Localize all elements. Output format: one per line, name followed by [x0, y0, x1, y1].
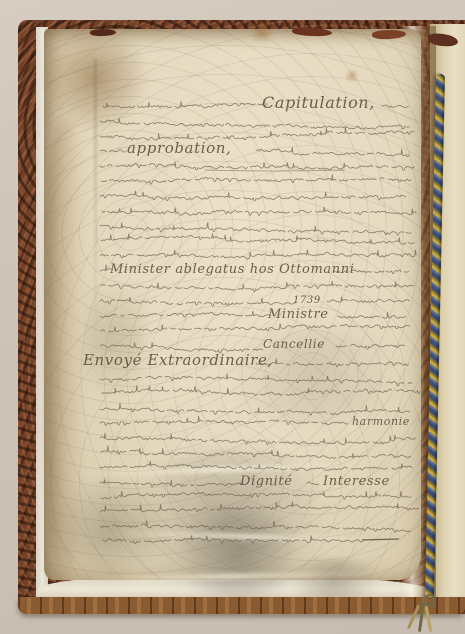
handwriting-layer: Capitulation,approbation,Minister ablega… — [0, 0, 465, 634]
handwritten-script-line — [100, 161, 414, 170]
legible-word-cancellie: Cancellie — [263, 337, 325, 351]
handwritten-script-line — [100, 433, 415, 444]
handwritten-script-line — [100, 480, 243, 487]
handwritten-script-line — [100, 403, 409, 415]
handwritten-script-line — [101, 323, 410, 331]
handwritten-script-line — [382, 105, 411, 107]
handwritten-script-line — [336, 344, 407, 349]
handwritten-script-line — [101, 233, 418, 244]
handwritten-script-line — [100, 416, 352, 426]
handwritten-script-line — [100, 222, 411, 235]
handwritten-script-line — [100, 311, 271, 317]
handwritten-script-line — [101, 446, 411, 459]
handwritten-script-line — [256, 147, 409, 156]
legible-word-year: 1739 — [293, 295, 321, 306]
handwritten-script-line — [327, 297, 409, 303]
handwritten-script-line — [338, 312, 406, 318]
handwritten-script-line — [100, 521, 414, 533]
handwritten-script-line — [101, 175, 411, 185]
legible-word-approbation: approbation, — [127, 139, 231, 157]
handwritten-script-line — [102, 385, 420, 395]
handwritten-script-line — [256, 358, 408, 366]
legible-word-dignite: Dignité — [239, 474, 293, 489]
legible-word-minister_phrase: Minister ablegatus hos Ottomanni — [109, 262, 354, 277]
legible-word-harmonie: harmonie — [352, 415, 410, 428]
handwritten-script-line — [102, 207, 416, 216]
handwritten-script-line — [100, 374, 412, 386]
legible-word-ministre: Ministre — [267, 307, 329, 322]
handwritten-script-line — [103, 101, 267, 108]
legible-word-interesse: Interesse — [322, 474, 390, 489]
legible-word-envoye: Envoyé Extraordinaire, — [82, 351, 273, 369]
handwritten-script-line — [100, 297, 298, 306]
handwritten-script-line — [100, 191, 410, 201]
handwritten-script-line — [103, 535, 363, 543]
handwritten-script-line — [100, 502, 419, 512]
closing-dash — [362, 539, 399, 540]
handwritten-script-line — [100, 461, 412, 471]
underline-stroke — [205, 170, 345, 171]
handwritten-script-line — [101, 281, 414, 292]
handwritten-script-line — [100, 118, 412, 129]
handwritten-script-line — [101, 491, 411, 499]
handwritten-script-line — [307, 482, 321, 485]
handwritten-script-line — [100, 150, 129, 153]
legible-word-capitulation: Capitulation, — [262, 93, 375, 112]
handwritten-script-line — [100, 250, 416, 260]
scanned-manuscript-photo: Capitulation,approbation,Minister ablega… — [0, 0, 465, 634]
